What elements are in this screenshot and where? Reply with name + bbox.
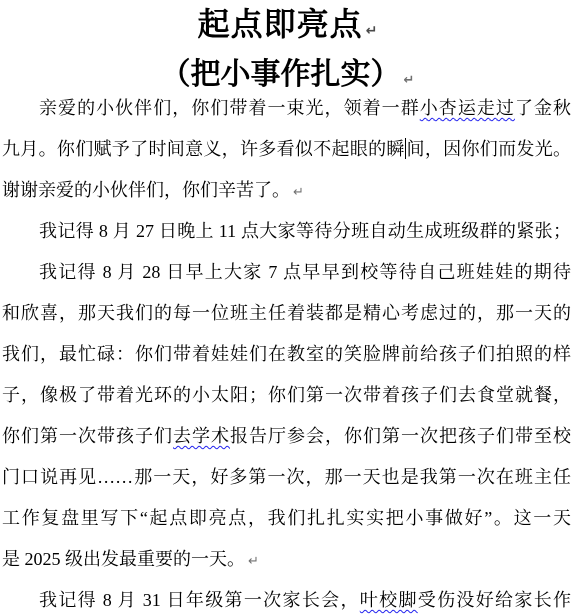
paragraph-mark: ↵ — [248, 554, 259, 569]
text-line[interactable]: 谢谢亲爱的小伙伴们，你们辛苦了。↵ — [2, 170, 571, 211]
text-segment: 我记得 8 月 31 日年级第一次家长会， — [39, 590, 360, 610]
text-line[interactable]: 我记得 8 月 27 日晚上 11 点大家等待分班自动生成班级群的紧张； — [2, 211, 571, 252]
text-segment: 和欣喜，那天我们的每一位班主任着装都是精心考虑过的，那一天的 — [2, 303, 571, 323]
text-segment: 你们第一次带孩子们 — [2, 426, 173, 446]
document-body[interactable]: 亲爱的小伙伴们，你们带着一束光，领着一群小杏运走过了金秋九月。你们赋予了时间意义… — [2, 88, 571, 615]
text-line[interactable]: 和欣喜，那天我们的每一位班主任着装都是精心考虑过的，那一天的 — [2, 293, 571, 334]
text-segment: 门口说再见……那一天，好多第一次，那一天也是我第一次在班主任 — [2, 467, 571, 487]
text-line[interactable]: 亲爱的小伙伴们，你们带着一束光，领着一群小杏运走过了金秋 — [2, 88, 571, 129]
text-segment: 是 2025 级出发最重要的一天。 — [2, 549, 245, 569]
paragraph-mark: ↵ — [366, 23, 378, 39]
misspelled-text: 小杏运走过 — [420, 98, 515, 118]
text-segment: 我记得 8 月 28 日早上大家 7 点早早到校等待自己班娃娃的期待 — [39, 262, 571, 282]
text-line[interactable]: 你们第一次带孩子们去学术报告厅参会，你们第一次把孩子们带至校 — [2, 416, 571, 457]
subtitle-text: （把小事作扎实） — [161, 58, 401, 91]
text-segment: 间，因你们而发光。 — [406, 139, 571, 159]
text-segment: 我记得 8 月 27 日晚上 11 点大家等待分班自动生成班级群的紧张； — [39, 221, 571, 241]
misspelled-text: 叶校脚 — [360, 590, 418, 610]
text-segment: 受伤没好给家长作 — [418, 590, 571, 610]
text-segment: 报告厅参会，你们第一次把孩子们带至校 — [230, 426, 571, 446]
text-segment: 工作复盘里写下“起点即亮点，我们扎扎实实把小事做好”。这一天 — [2, 508, 571, 528]
text-segment: 了金秋 — [515, 98, 571, 118]
text-line[interactable]: 是 2025 级出发最重要的一天。↵ — [2, 539, 571, 580]
text-line[interactable]: 我记得 8 月 31 日年级第一次家长会，叶校脚受伤没好给家长作 — [2, 580, 571, 615]
text-segment: 我们，最忙碌：你们带着娃娃们在教室的笑脸牌前给孩子们拍照的样 — [2, 344, 571, 364]
document-page[interactable]: 起点即亮点↵ （把小事作扎实）↵ 亲爱的小伙伴们，你们带着一束光，领着一群小杏运… — [0, 0, 575, 615]
text-line[interactable]: 子，像极了带着光环的小太阳；你们第一次带着孩子们去食堂就餐， — [2, 375, 571, 416]
text-segment: 子，像极了带着光环的小太阳；你们第一次带着孩子们去食堂就餐， — [2, 385, 571, 405]
document-header: 起点即亮点↵ （把小事作扎实）↵ — [0, 0, 575, 101]
text-line[interactable]: 我记得 8 月 28 日早上大家 7 点早早到校等待自己班娃娃的期待 — [2, 252, 571, 293]
text-line[interactable]: 我们，最忙碌：你们带着娃娃们在教室的笑脸牌前给孩子们拍照的样 — [2, 334, 571, 375]
misspelled-text: 去学术 — [173, 426, 230, 446]
text-segment: 亲爱的小伙伴们，你们带着一束光，领着一群 — [39, 98, 420, 118]
document-title: 起点即亮点↵ — [0, 0, 575, 55]
text-segment: 九月。你们赋予了时间意义，许多看似不起眼的瞬 — [2, 139, 405, 159]
text-line[interactable]: 九月。你们赋予了时间意义，许多看似不起眼的瞬间，因你们而发光。 — [2, 129, 571, 170]
paragraph-mark: ↵ — [404, 73, 415, 88]
text-line[interactable]: 门口说再见……那一天，好多第一次，那一天也是我第一次在班主任 — [2, 457, 571, 498]
text-segment: 谢谢亲爱的小伙伴们，你们辛苦了。 — [2, 180, 290, 200]
title-text: 起点即亮点 — [198, 6, 363, 42]
paragraph-mark: ↵ — [293, 185, 304, 200]
text-line[interactable]: 工作复盘里写下“起点即亮点，我们扎扎实实把小事做好”。这一天 — [2, 498, 571, 539]
